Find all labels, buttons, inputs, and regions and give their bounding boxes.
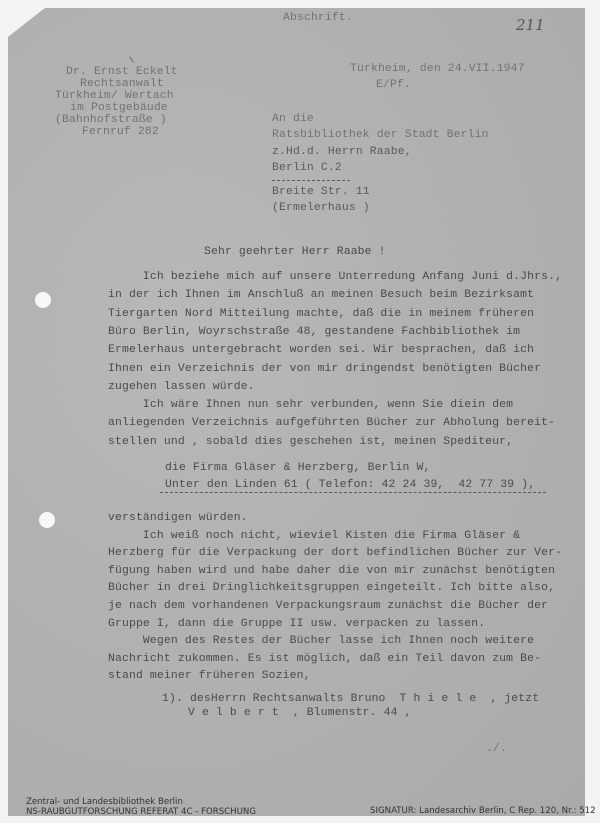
continuation-mark: ./. xyxy=(486,743,507,755)
body-line: Herzberg für die Verpackung der dort bef… xyxy=(108,547,562,559)
recipient-line-2: Ratsbibliothek der Stadt Berlin xyxy=(272,129,489,141)
body-line: anliegenden Verzeichnis aufgeführten Büc… xyxy=(108,417,555,429)
body-line: Ich weiß noch nicht, wieviel Kisten die … xyxy=(108,530,520,542)
body-line: Tiergarten Nord Mitteilung machte, daß d… xyxy=(108,308,534,320)
body-line: Bücher in drei Dringlichkeitsgruppen ein… xyxy=(108,582,555,594)
body-line: stand meiner früheren Sozien, xyxy=(108,670,311,682)
body-line: Gruppe I, dann die Gruppe II usw. verpac… xyxy=(108,618,485,630)
forwarder-line-2: Unter den Linden 61 ( Telefon: 42 24 39,… xyxy=(165,479,535,491)
place-date: Türkheim, den 24.VII.1947 xyxy=(350,63,525,75)
underline-divider xyxy=(272,180,350,181)
salutation: Sehr geehrter Herr Raabe ! xyxy=(204,246,386,258)
footer-department: NS-RAUBGUTFORSCHUNG REFERAT 4C - FORSCHU… xyxy=(26,807,256,817)
body-line: Nachricht zukommen. Es ist möglich, daß … xyxy=(108,653,541,665)
body-line: stellen und , sobald dies geschehen ist,… xyxy=(108,436,513,448)
body-line: Ihnen ein Verzeichnis der von mir dringe… xyxy=(108,363,541,375)
recipient-line-6: (Ermelerhaus ) xyxy=(272,202,370,214)
body-line: Ich beziehe mich auf unsere Unterredung … xyxy=(108,271,562,283)
sender-phone: Fernruf 282 xyxy=(82,126,159,138)
body-line: Ich wäre Ihnen nun sehr verbunden, wenn … xyxy=(108,399,513,411)
recipient-line-5: Breite Str. 11 xyxy=(272,186,370,198)
recipient-line-1: An die xyxy=(272,113,314,125)
handwritten-page-number: 211 xyxy=(516,16,545,34)
forwarder-line-1: die Firma Gläser & Herzberg, Berlin W, xyxy=(165,462,430,474)
sender-profession: Rechtsanwalt xyxy=(80,78,164,90)
punch-hole xyxy=(39,512,55,528)
archive-footer-left: Zentral- und Landesbibliothek Berlin NS-… xyxy=(26,797,256,817)
recipient-line-3: z.Hd.d. Herrn Raabe, xyxy=(272,146,412,158)
sender-building: im Postgebäude xyxy=(70,102,168,114)
footer-library: Zentral- und Landesbibliothek Berlin xyxy=(26,797,183,807)
forwarder-underline xyxy=(160,492,546,493)
body-line: Wegen des Restes der Bücher lasse ich Ih… xyxy=(108,635,534,647)
body-line: Ermelerhaus untergebracht worden sei. Wi… xyxy=(108,344,534,356)
body-line: fügung haben wird und habe daher die von… xyxy=(108,565,555,577)
archive-signature: SIGNATUR: Landesarchiv Berlin, C Rep. 12… xyxy=(370,806,596,816)
sender-street: (Bahnhofstraße ) xyxy=(55,114,167,126)
list-item-1-line-2: V e l b e r t , Blumenstr. 44 , xyxy=(188,707,412,719)
list-item-1-line-1: 1). desHerrn Rechtsanwalts Bruno T h i e… xyxy=(162,693,539,705)
recipient-line-4: Berlin C.2 xyxy=(272,162,342,174)
document-heading: Abschrift. xyxy=(283,12,353,24)
sender-name: Dr. Ernst Eckelt xyxy=(66,66,178,78)
body-line: in der ich Ihnen im Anschluß an meinen B… xyxy=(108,289,534,301)
reference-code: E/Pf. xyxy=(376,79,411,91)
punch-hole xyxy=(35,292,51,308)
body-line: je nach dem vorhandenen Verpackungsraum … xyxy=(108,600,548,612)
body-line: zugehen lassen würde. xyxy=(108,381,255,393)
body-line: verständigen würden. xyxy=(108,512,248,524)
sender-location: Türkheim/ Wertach xyxy=(55,90,174,102)
body-line: Büro Berlin, Woyrschstraße 48, gestanden… xyxy=(108,326,520,338)
